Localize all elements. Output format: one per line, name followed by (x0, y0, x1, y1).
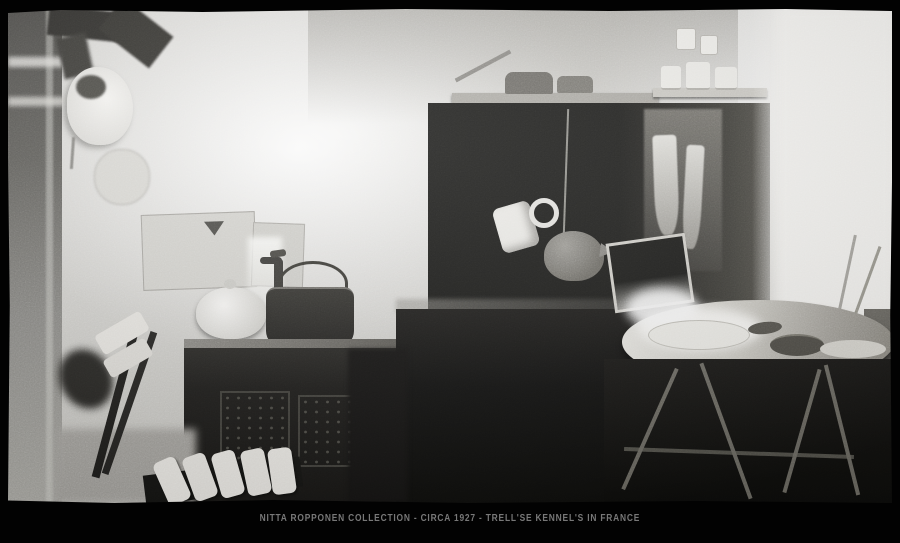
caption-band: NITTA ROPPONEN COLLECTION - CIRCA 1927 -… (0, 508, 900, 532)
picture-mark (204, 221, 224, 236)
shelf-cup (715, 67, 737, 90)
leaning-picture (141, 211, 258, 291)
kitchen-photo (8, 9, 892, 503)
wall-light-streak (8, 57, 68, 67)
upper-shelf-cup (676, 28, 696, 50)
shelf-cup (661, 66, 681, 90)
table-leg (699, 363, 752, 500)
hanging-cord (70, 137, 75, 169)
shadow (348, 349, 408, 503)
enamel-jug-small (94, 149, 150, 205)
table-stretcher (624, 447, 854, 459)
shelf-pot (505, 72, 553, 94)
table-leg (782, 369, 821, 493)
table-leg (621, 368, 678, 490)
hanging-pot (544, 231, 604, 281)
dark-bowl (770, 334, 824, 356)
shelf-cup (686, 62, 710, 90)
plate (820, 340, 886, 358)
photo-frame: NITTA ROPPONEN COLLECTION - CIRCA 1927 -… (0, 0, 900, 543)
photo-caption: NITTA ROPPONEN COLLECTION - CIRCA 1927 -… (260, 512, 641, 524)
hanging-towel (652, 135, 679, 236)
faucet-spout (260, 257, 282, 264)
shelf-pot (557, 76, 593, 93)
jug-opening (76, 75, 106, 99)
teapot-lid-knob (224, 279, 236, 289)
mug-handle (529, 198, 559, 228)
door-frame (8, 9, 62, 503)
table-underside (604, 359, 892, 503)
upper-shelf-cup (700, 35, 718, 55)
plate (648, 320, 750, 350)
slatted-chair (60, 320, 284, 503)
wall-light-streak (8, 97, 68, 106)
door-frame-highlight (46, 9, 53, 503)
table-leg (824, 365, 860, 496)
